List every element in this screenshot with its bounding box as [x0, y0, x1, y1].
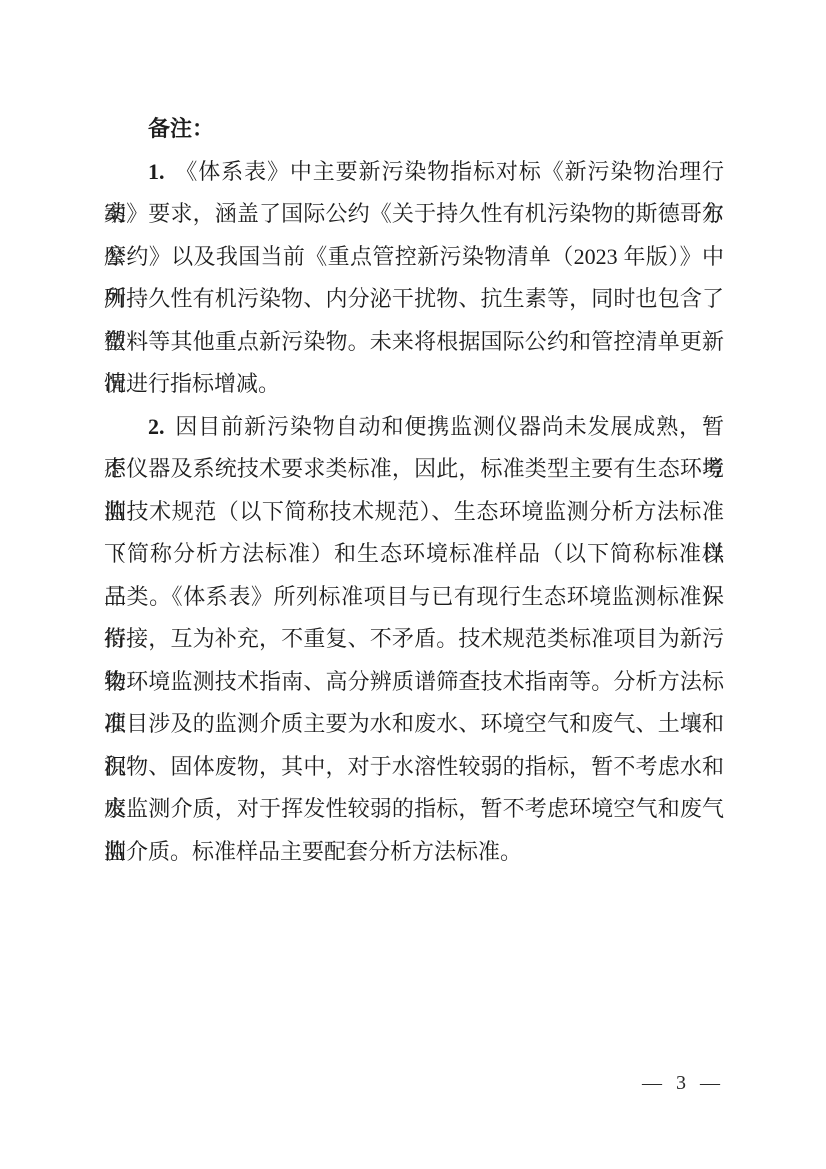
- paragraph-line: 况进行指标增减。: [104, 363, 724, 406]
- paragraph-line: 2.因目前新污染物自动和便携监测仪器尚未发展成熟，暂不考: [104, 406, 724, 449]
- page-number: 3: [676, 1070, 686, 1096]
- note-paragraph-1: 1.《体系表》中主要新污染物指标对标《新污染物治理行动方 案》要求，涵盖了国际公…: [104, 151, 724, 406]
- paragraph-line: 虑仪器及系统技术要求类标准，因此，标准类型主要有生态环境监: [104, 448, 724, 491]
- paragraph-line: 下简称分析方法标准）和生态环境标准样品（以下简称标准样品）: [104, 533, 724, 576]
- notes-heading: 备注：: [104, 108, 724, 151]
- paragraph-number: 2.: [148, 414, 165, 439]
- footer-dash-left: —: [642, 1070, 662, 1096]
- page-footer: —3—: [642, 1070, 720, 1096]
- paragraph-line: 1.《体系表》中主要新污染物指标对标《新污染物治理行动方: [104, 151, 724, 194]
- paragraph-line: 列持久性有机污染物、内分泌干扰物、抗生素等，同时也包含了微: [104, 278, 724, 321]
- paragraph-line: 测技术规范（以下简称技术规范）、生态环境监测分析方法标准（以: [104, 491, 724, 534]
- notes-section: 备注： 1.《体系表》中主要新污染物指标对标《新污染物治理行动方 案》要求，涵盖…: [104, 108, 724, 873]
- paragraph-line: 塑料等其他重点新污染物。未来将根据国际公约和管控清单更新情: [104, 321, 724, 364]
- paragraph-number: 1.: [148, 159, 165, 184]
- footer-dash-right: —: [700, 1070, 720, 1096]
- document-page: 备注： 1.《体系表》中主要新污染物指标对标《新污染物治理行动方 案》要求，涵盖…: [0, 0, 826, 1169]
- paragraph-line: 项目涉及的监测介质主要为水和废水、环境空气和废气、土壤和沉: [104, 703, 724, 746]
- paragraph-line: 测介质。标准样品主要配套分析方法标准。: [104, 831, 724, 874]
- paragraph-line: 三类。《体系表》所列标准项目与已有现行生态环境监测标准保持: [104, 576, 724, 619]
- paragraph-line: 积物、固体废物，其中，对于水溶性较弱的指标，暂不考虑水和废: [104, 746, 724, 789]
- paragraph-line: 水监测介质，对于挥发性较弱的指标，暂不考虑环境空气和废气监: [104, 788, 724, 831]
- paragraph-line: 物环境监测技术指南、高分辨质谱筛查技术指南等。分析方法标准: [104, 661, 724, 704]
- note-paragraph-2: 2.因目前新污染物自动和便携监测仪器尚未发展成熟，暂不考 虑仪器及系统技术要求类…: [104, 406, 724, 874]
- paragraph-line: 公约》以及我国当前《重点管控新污染物清单（2023 年版）》中所: [104, 236, 724, 279]
- paragraph-line: 衔接，互为补充，不重复、不矛盾。技术规范类标准项目为新污染: [104, 618, 724, 661]
- paragraph-line: 案》要求，涵盖了国际公约《关于持久性有机污染物的斯德哥尔摩: [104, 193, 724, 236]
